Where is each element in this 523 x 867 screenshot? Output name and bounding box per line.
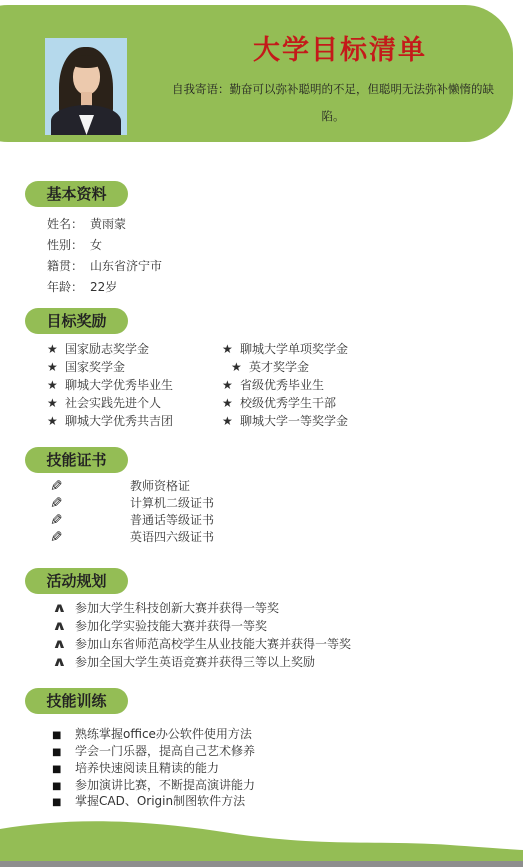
page-title: 大学目标清单 [200, 36, 480, 66]
info-row-name: 姓名：黄雨蒙 [47, 216, 126, 232]
award-label: 聊城大学单项奖学金 [240, 342, 348, 356]
info-label: 籍贯： [47, 259, 83, 273]
star-icon: ★ [47, 341, 65, 357]
activity-label: 参加山东省师范高校学生从业技能大赛并获得一等奖 [75, 637, 351, 651]
info-label: 年龄： [47, 280, 83, 294]
training-item: ■培养快速阅读且精读的能力 [52, 760, 219, 776]
star-icon: ★ [47, 377, 65, 393]
training-item: ■学会一门乐器，提高自己艺术修养 [52, 743, 255, 759]
activity-item: ∧参加全国大学生英语竞赛并获得三等以上奖励 [52, 654, 315, 670]
award-item: ★国家励志奖学金 [47, 341, 149, 357]
star-icon: ★ [47, 395, 65, 411]
info-row-gender: 性别：女 [47, 237, 102, 253]
caret-icon: ∧ [52, 601, 84, 617]
star-icon: ★ [222, 341, 240, 357]
square-icon: ■ [52, 728, 75, 744]
info-row-hometown: 籍贯：山东省济宁市 [47, 258, 162, 274]
footer-wave [0, 817, 523, 862]
photo-neck [81, 92, 92, 106]
training-label: 掌握CAD、Origin制图软件方法 [75, 794, 245, 808]
activity-label: 参加大学生科技创新大赛并获得一等奖 [75, 601, 279, 615]
star-icon: ★ [47, 359, 65, 375]
section-title-basic-info: 基本资料 [25, 181, 128, 207]
activity-label: 参加化学实验技能大赛并获得一等奖 [75, 619, 267, 633]
training-label: 参加演讲比赛，不断提高演讲能力 [75, 778, 255, 792]
activity-item: ∧参加化学实验技能大赛并获得一等奖 [52, 618, 267, 634]
star-icon: ★ [47, 413, 65, 429]
info-value: 山东省济宁市 [90, 259, 162, 273]
star-icon: ★ [222, 395, 240, 411]
section-title-training: 技能训练 [25, 688, 128, 714]
section-title-activities: 活动规划 [25, 568, 128, 594]
pencil-icon: ✎ [50, 511, 63, 529]
training-label: 培养快速阅读且精读的能力 [75, 761, 219, 775]
certificate-item: 普通话等级证书 [130, 512, 214, 528]
activity-item: ∧参加大学生科技创新大赛并获得一等奖 [52, 600, 279, 616]
training-label: 学会一门乐器，提高自己艺术修养 [75, 744, 255, 758]
certificate-item: 教师资格证 [130, 478, 190, 494]
award-label: 聊城大学一等奖学金 [240, 414, 348, 428]
star-icon: ★ [231, 359, 249, 375]
award-label: 国家奖学金 [65, 360, 125, 374]
star-icon: ★ [222, 413, 240, 429]
self-motto: 自我寄语：勤奋可以弥补聪明的不足，但聪明无法弥补懒惰的缺陷。 [168, 76, 498, 130]
award-label: 聊城大学优秀共吉团 [65, 414, 173, 428]
document-page: 大学目标清单 自我寄语：勤奋可以弥补聪明的不足，但聪明无法弥补懒惰的缺陷。 基本… [0, 0, 523, 867]
award-label: 聊城大学优秀毕业生 [65, 378, 173, 392]
award-label: 英才奖学金 [249, 360, 309, 374]
info-label: 姓名： [47, 217, 83, 231]
caret-icon: ∧ [52, 619, 84, 635]
award-item: ★英才奖学金 [222, 359, 309, 375]
info-value: 22岁 [90, 280, 117, 294]
caret-icon: ∧ [52, 637, 84, 653]
award-item: ★校级优秀学生干部 [222, 395, 336, 411]
photo-bangs [70, 55, 103, 68]
award-item: ★聊城大学优秀共吉团 [47, 413, 173, 429]
bottom-gray-bar [0, 861, 523, 867]
id-photo [45, 38, 127, 135]
certificate-item: 英语四六级证书 [130, 529, 214, 545]
activity-item: ∧参加山东省师范高校学生从业技能大赛并获得一等奖 [52, 636, 351, 652]
square-icon: ■ [52, 762, 75, 778]
pencil-icon: ✎ [50, 477, 63, 495]
award-item: ★聊城大学单项奖学金 [222, 341, 348, 357]
training-item: ■熟练掌握office办公软件使用方法 [52, 726, 252, 742]
award-item: ★省级优秀毕业生 [222, 377, 324, 393]
caret-icon: ∧ [52, 655, 84, 671]
award-label: 国家励志奖学金 [65, 342, 149, 356]
training-item: ■参加演讲比赛，不断提高演讲能力 [52, 777, 255, 793]
award-item: ★国家奖学金 [47, 359, 125, 375]
info-value: 黄雨蒙 [90, 217, 126, 231]
training-item: ■掌握CAD、Origin制图软件方法 [52, 793, 245, 809]
section-title-awards: 目标奖励 [25, 308, 128, 334]
section-title-certificates: 技能证书 [25, 447, 128, 473]
certificate-item: 计算机二级证书 [130, 495, 214, 511]
award-item: ★聊城大学优秀毕业生 [47, 377, 173, 393]
pencil-icon: ✎ [50, 528, 63, 546]
award-item: ★聊城大学一等奖学金 [222, 413, 348, 429]
square-icon: ■ [52, 795, 75, 811]
award-label: 省级优秀毕业生 [240, 378, 324, 392]
award-label: 校级优秀学生干部 [240, 396, 336, 410]
star-icon: ★ [222, 377, 240, 393]
training-label: 熟练掌握office办公软件使用方法 [75, 727, 252, 741]
square-icon: ■ [52, 745, 75, 761]
activity-label: 参加全国大学生英语竞赛并获得三等以上奖励 [75, 655, 315, 669]
award-label: 社会实践先进个人 [65, 396, 161, 410]
info-label: 性别： [47, 238, 83, 252]
pencil-icon: ✎ [50, 494, 63, 512]
info-value: 女 [90, 238, 102, 252]
info-row-age: 年龄：22岁 [47, 279, 117, 295]
award-item: ★社会实践先进个人 [47, 395, 161, 411]
